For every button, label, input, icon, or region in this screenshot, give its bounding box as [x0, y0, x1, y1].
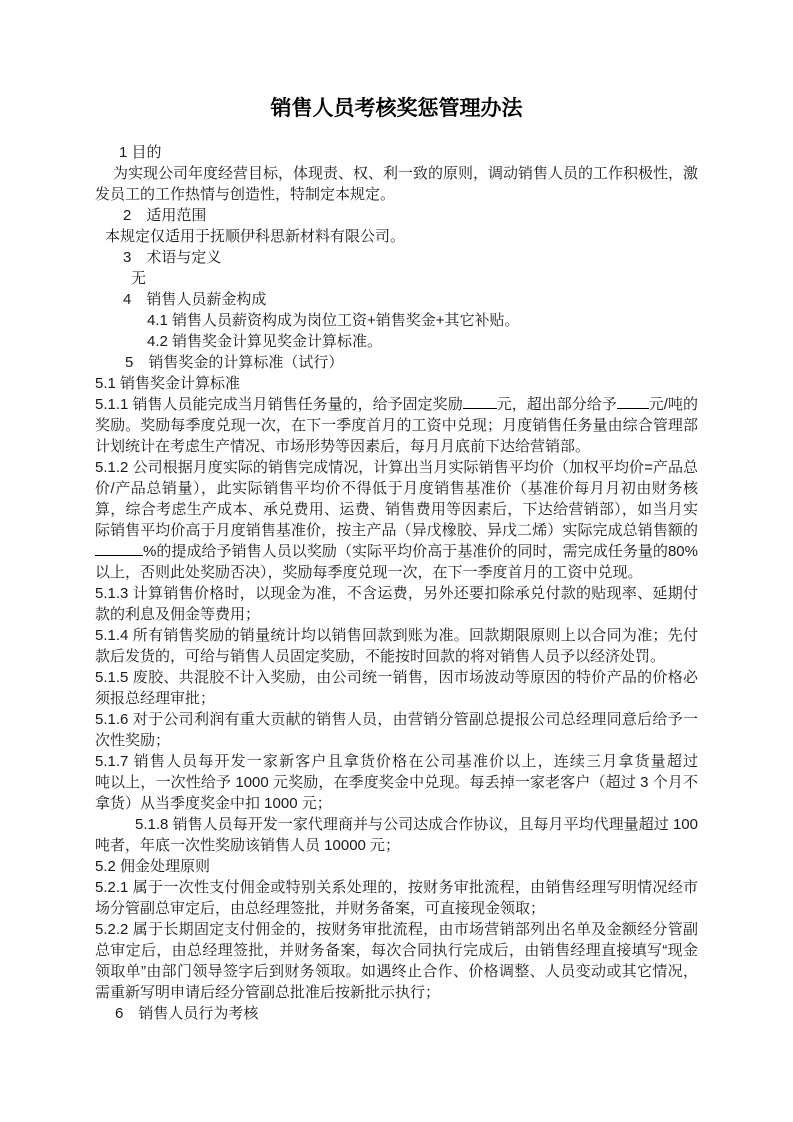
doc-para-12: 5.1.1 销售人员能完成当月销售任务量的，给予固定奖励元，超出部分给予元/吨的…: [95, 394, 698, 457]
document-title: 销售人员考核奖惩管理办法: [95, 96, 698, 122]
doc-para-20: 5.2 佣金处理原则: [95, 856, 698, 877]
doc-para-18: 5.1.7 销售人员每开发一家新客户且拿货价格在公司基准价以上，连续三月拿货量超…: [95, 751, 698, 814]
doc-heading-7: 4 销售人员薪金构成: [95, 289, 698, 310]
doc-para-9: 4.2 销售奖金计算见奖金计算标准。: [95, 331, 698, 352]
doc-para-11: 5.1 销售奖金计算标准: [95, 373, 698, 394]
doc-para-14: 5.1.3 计算销售价格时，以现金为准，不含运费，另外还要扣除承兑付款的贴现率、…: [95, 583, 698, 625]
doc-heading-10: 5 销售奖金的计算标准（试行）: [95, 352, 698, 373]
blank-underline: [617, 394, 649, 409]
doc-para-21: 5.2.1 属于一次性支付佣金或特别关系处理的，按财务审批流程，由销售经理写明情…: [95, 877, 698, 919]
doc-heading-3: 2 适用范围: [95, 205, 698, 226]
doc-para-6: 无: [95, 268, 698, 289]
doc-para-4: 本规定仅适用于抚顺伊科思新材料有限公司。: [95, 226, 698, 247]
document-page: 销售人员考核奖惩管理办法 1 目的为实现公司年度经营目标，体现责、权、利一致的原…: [0, 0, 793, 1122]
doc-para-16: 5.1.5 废胶、共混胶不计入奖励，由公司统一销售，因市场波动等原因的特价产品的…: [95, 667, 698, 709]
doc-para-8: 4.1 销售人员薪资构成为岗位工资+销售奖金+其它补贴。: [95, 310, 698, 331]
doc-heading-23: 6 销售人员行为考核: [95, 1003, 698, 1024]
document-body: 1 目的为实现公司年度经营目标，体现责、权、利一致的原则，调动销售人员的工作积极…: [95, 142, 698, 1024]
blank-underline: [95, 541, 143, 556]
doc-para-17: 5.1.6 对于公司利润有重大贡献的销售人员，由营销分管副总提报公司总经理同意后…: [95, 709, 698, 751]
blank-underline: [463, 394, 497, 409]
doc-heading-5: 3 术语与定义: [95, 247, 698, 268]
doc-para-19: 5.1.8 销售人员每开发一家代理商并与公司达成合作协议，且每月平均代理量超过 …: [95, 814, 698, 856]
doc-heading-1: 1 目的: [95, 142, 698, 163]
doc-para-15: 5.1.4 所有销售奖励的销量统计均以销售回款到账为准。回款期限原则上以合同为准…: [95, 625, 698, 667]
doc-para-13: 5.1.2 公司根据月度实际的销售完成情况，计算出当月实际销售平均价（加权平均价…: [95, 457, 698, 583]
doc-para-22: 5.2.2 属于长期固定支付佣金的，按财务审批流程，由市场营销部列出名单及金额经…: [95, 919, 698, 1003]
doc-para-2: 为实现公司年度经营目标，体现责、权、利一致的原则，调动销售人员的工作积极性，激发…: [95, 163, 698, 205]
